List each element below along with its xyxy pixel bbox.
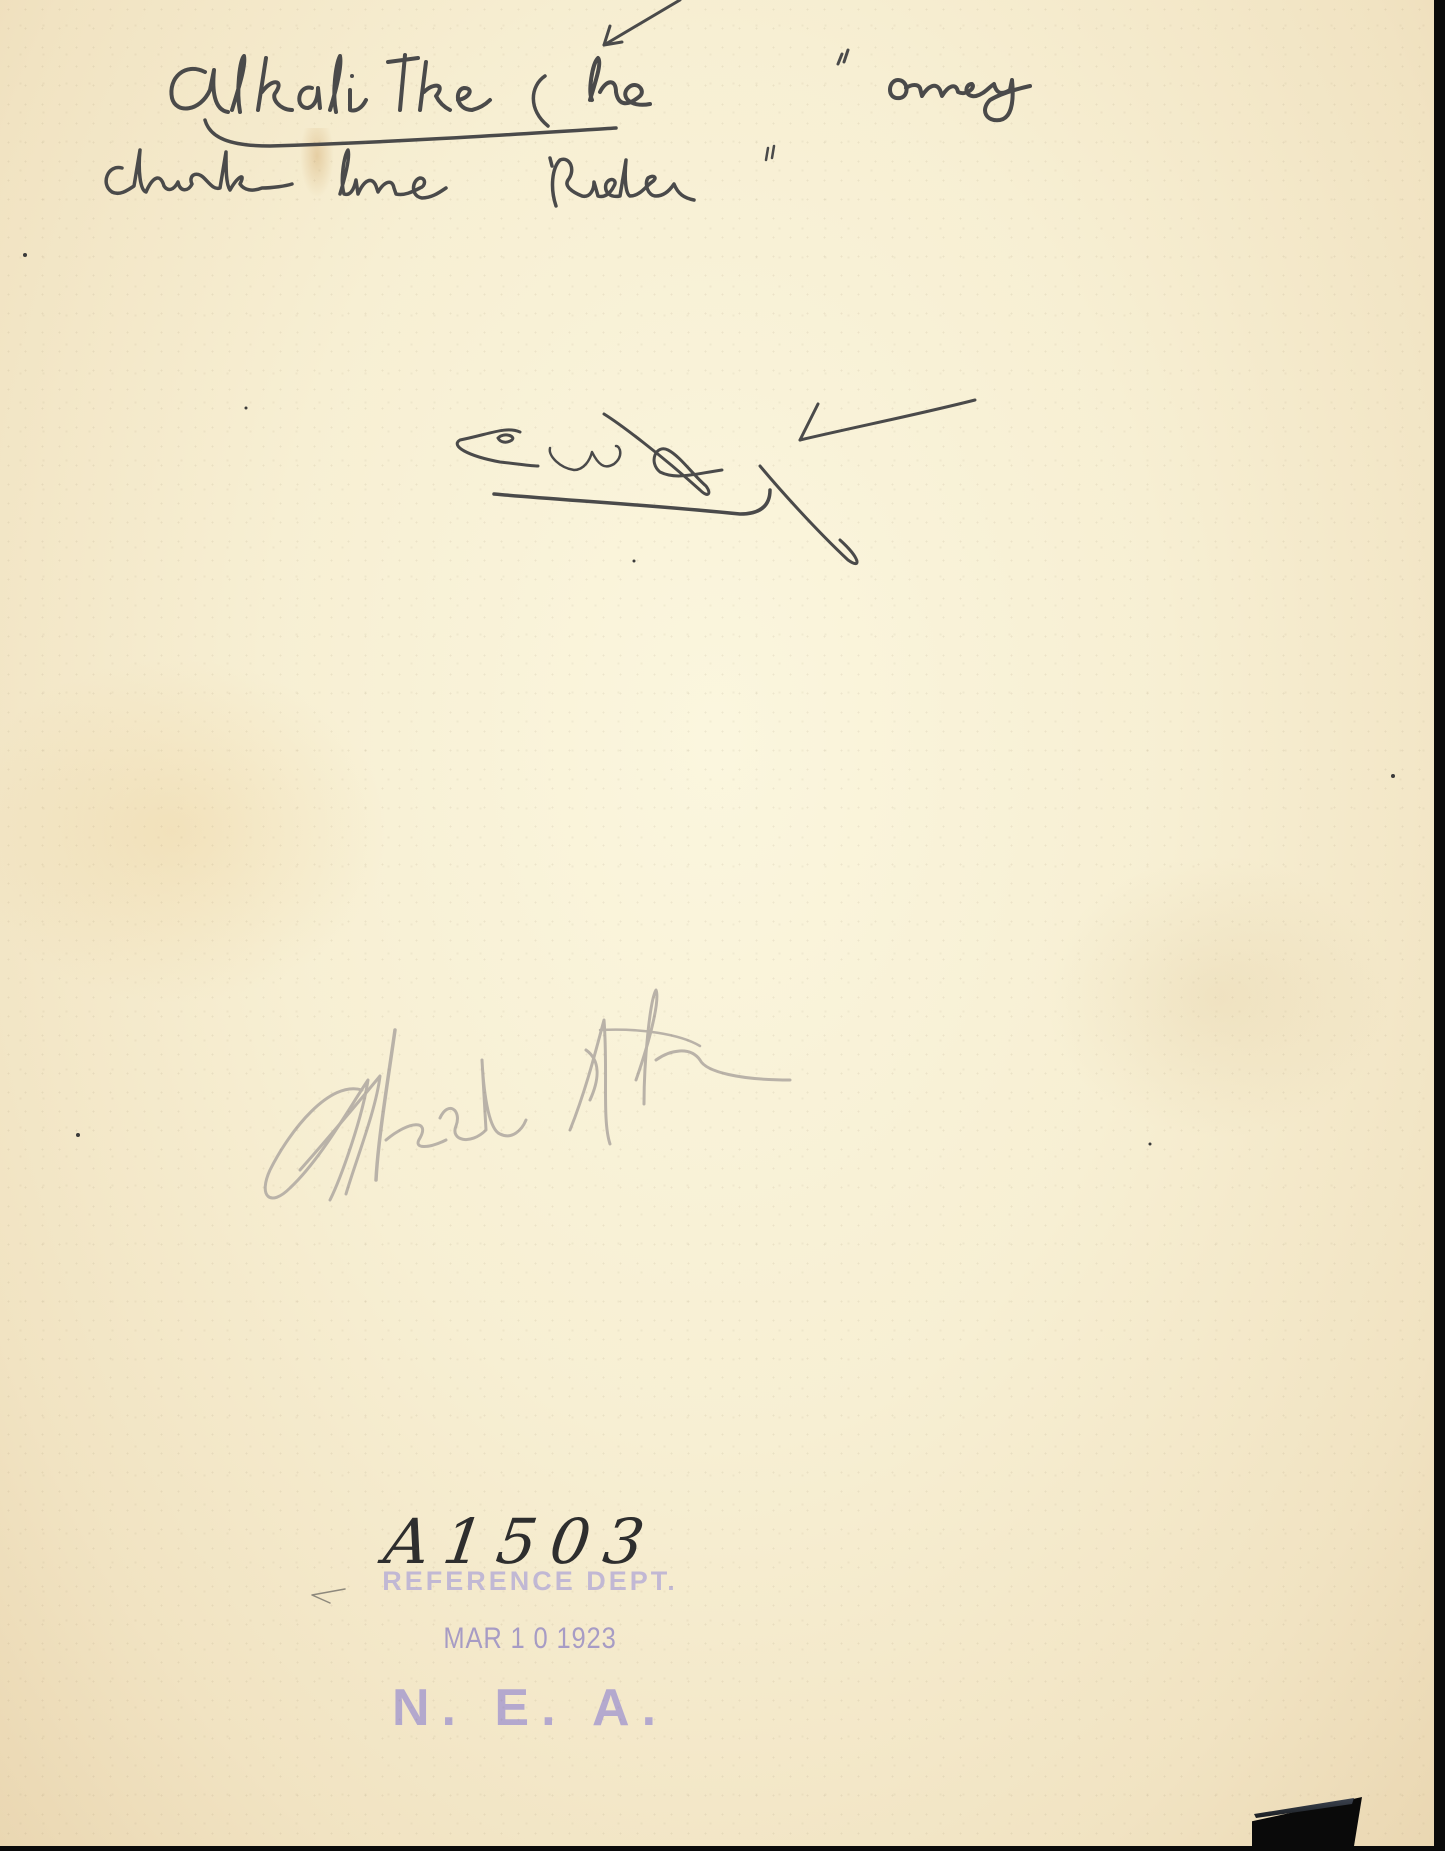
cowboy-handwriting — [457, 414, 857, 564]
document-paper: Alkali Ike (the "ornery chuck line Rider… — [0, 0, 1434, 1846]
caption-line-2-handwriting — [106, 146, 774, 206]
caption-line-1-handwriting — [171, 50, 1030, 146]
stamp-date: MAR 1 0 1923 — [360, 1622, 700, 1656]
arrow-down-left-icon — [604, 0, 680, 45]
stamp-organization: N. E. A. — [330, 1678, 730, 1738]
faint-signature-handwriting — [265, 990, 790, 1200]
stamp-department: REFERENCE DEPT. — [330, 1566, 730, 1597]
arrow-left-icon — [800, 400, 975, 440]
